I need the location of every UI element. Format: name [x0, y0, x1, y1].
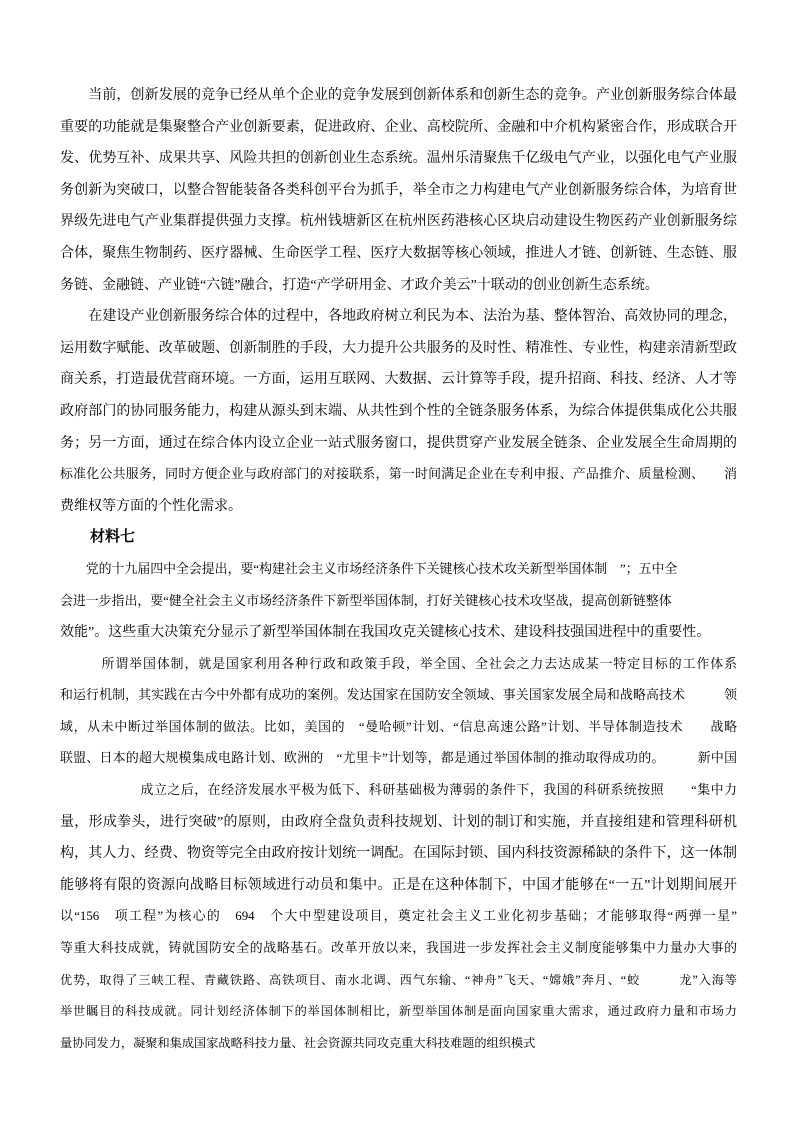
text-line: 域，从未中断过举国体制的做法。比如，美国的 “曼哈顿”计划、“信息高速公路”计划… — [60, 712, 737, 744]
text-line: 成立之后，在经济发展水平极为低下、科研基础极为薄弱的条件下，我国的科研系统按照 … — [60, 775, 737, 807]
text-line: 联盟、日本的超大规模集成电路计划、欧洲的 “尤里卡”计划等，都是通过举国体制的推… — [60, 743, 737, 775]
document-page: 当前，创新发展的竞争已经从单个企业的竞争发展到创新体系和创新生态的竞争。产业创新… — [0, 0, 794, 1123]
text-line: 务创新为突破口，以整合智能装备各类科创平台为抓手，举全市之力构建电气产业创新服务… — [60, 175, 737, 207]
text-line: 费维权等方面的个性化需求。 — [60, 491, 737, 523]
text-line: 党的十九届四中全会提出，要“构建社会主义市场经济条件下关键核心技术攻关新型举国体… — [60, 554, 737, 586]
text-line: 量，形成拳头，进行突破”的原则，由政府全盘负责科技规划、计划的制订和实施，并直接… — [60, 807, 737, 839]
text-line: 发、优势互补、成果共享、风险共担的创新创业生态系统。温州乐清聚焦千亿级电气产业，… — [60, 143, 737, 175]
text-line: 重要的功能就是集聚整合产业创新要素，促进政府、企业、高校院所、金融和中介机构紧密… — [60, 112, 737, 144]
text-line: 运用数字赋能、改革破题、创新制胜的手段，大力提升公共服务的及时性、精准性、专业性… — [60, 333, 737, 365]
text-line: 构，其人力、经费、物资等完全由政府按计划统一调配。在国际封锁、国内科技资源稀缺的… — [60, 838, 737, 870]
section-heading: 材料七 — [60, 522, 737, 554]
text-line: 在建设产业创新服务综合体的过程中，各地政府树立利民为本、法治为基、整体智治、高效… — [60, 301, 737, 333]
text-line: 等重大科技成就，铸就国防安全的战略基石。改革开放以来，我国进一步发挥社会主义制度… — [60, 933, 737, 965]
text-line: 会进一步指出，要“健全社会主义市场经济条件下新型举国体制，打好关键核心技术攻坚战… — [60, 586, 737, 618]
text-line: 举世瞩目的科技成就。同计划经济体制下的举国体制相比，新型举国体制是面向国家重大需… — [60, 996, 737, 1028]
text-line: 效能”。这些重大决策充分显示了新型举国体制在我国攻克关键核心技术、建设科技强国进… — [60, 617, 737, 649]
text-line: 能够将有限的资源向战略目标领域进行动员和集中。正是在这种体制下，中国才能够在“一… — [60, 870, 737, 902]
text-line: 务链、金融链、产业链“六链”融合，打造“产学研用金、才政介美云”十联动的创业创新… — [60, 270, 737, 302]
text-line: 当前，创新发展的竞争已经从单个企业的竞争发展到创新体系和创新生态的竞争。产业创新… — [60, 80, 737, 112]
text-line: 标准化公共服务，同时方便企业与政府部门的对接联系，第一时间满足企业在专利申报、产… — [60, 459, 737, 491]
text-line: 以“156 项工程”为核心的 694 个大中型建设项目，奠定社会主义工业化初步基… — [60, 901, 737, 933]
text-line: 商关系，打造最优营商环境。一方面，运用互联网、大数据、云计算等手段，提升招商、科… — [60, 364, 737, 396]
text-line: 界级先进电气产业集群提供强力支撑。杭州钱塘新区在杭州医药港核心区块启动建设生物医… — [60, 206, 737, 238]
text-line: 量协同发力，凝聚和集成国家战略科技力量、社会资源共同攻克重大科技难题的组织模式 — [60, 1028, 737, 1060]
text-line: 合体，聚焦生物制药、医疗器械、生命医学工程、医疗大数据等核心领域，推进人才链、创… — [60, 238, 737, 270]
text-line: 政府部门的协同服务能力，构建从源头到末端、从共性到个性的全链条服务体系，为综合体… — [60, 396, 737, 428]
text-line: 优势，取得了三峡工程、青藏铁路、高铁项目、南水北调、西气东输、“神舟”飞天、“嫦… — [60, 965, 737, 997]
text-line: 和运行机制，其实践在古今中外都有成功的案例。发达国家在国防安全领域、事关国家发展… — [60, 680, 737, 712]
text-line: 所谓举国体制，就是国家利用各种行政和政策手段，举全国、全社会之力去达成某一特定目… — [60, 649, 737, 681]
document-content: 当前，创新发展的竞争已经从单个企业的竞争发展到创新体系和创新生态的竞争。产业创新… — [0, 0, 794, 1059]
text-line: 务；另一方面，通过在综合体内设立企业一站式服务窗口，提供贯穿产业发展全链条、企业… — [60, 428, 737, 460]
